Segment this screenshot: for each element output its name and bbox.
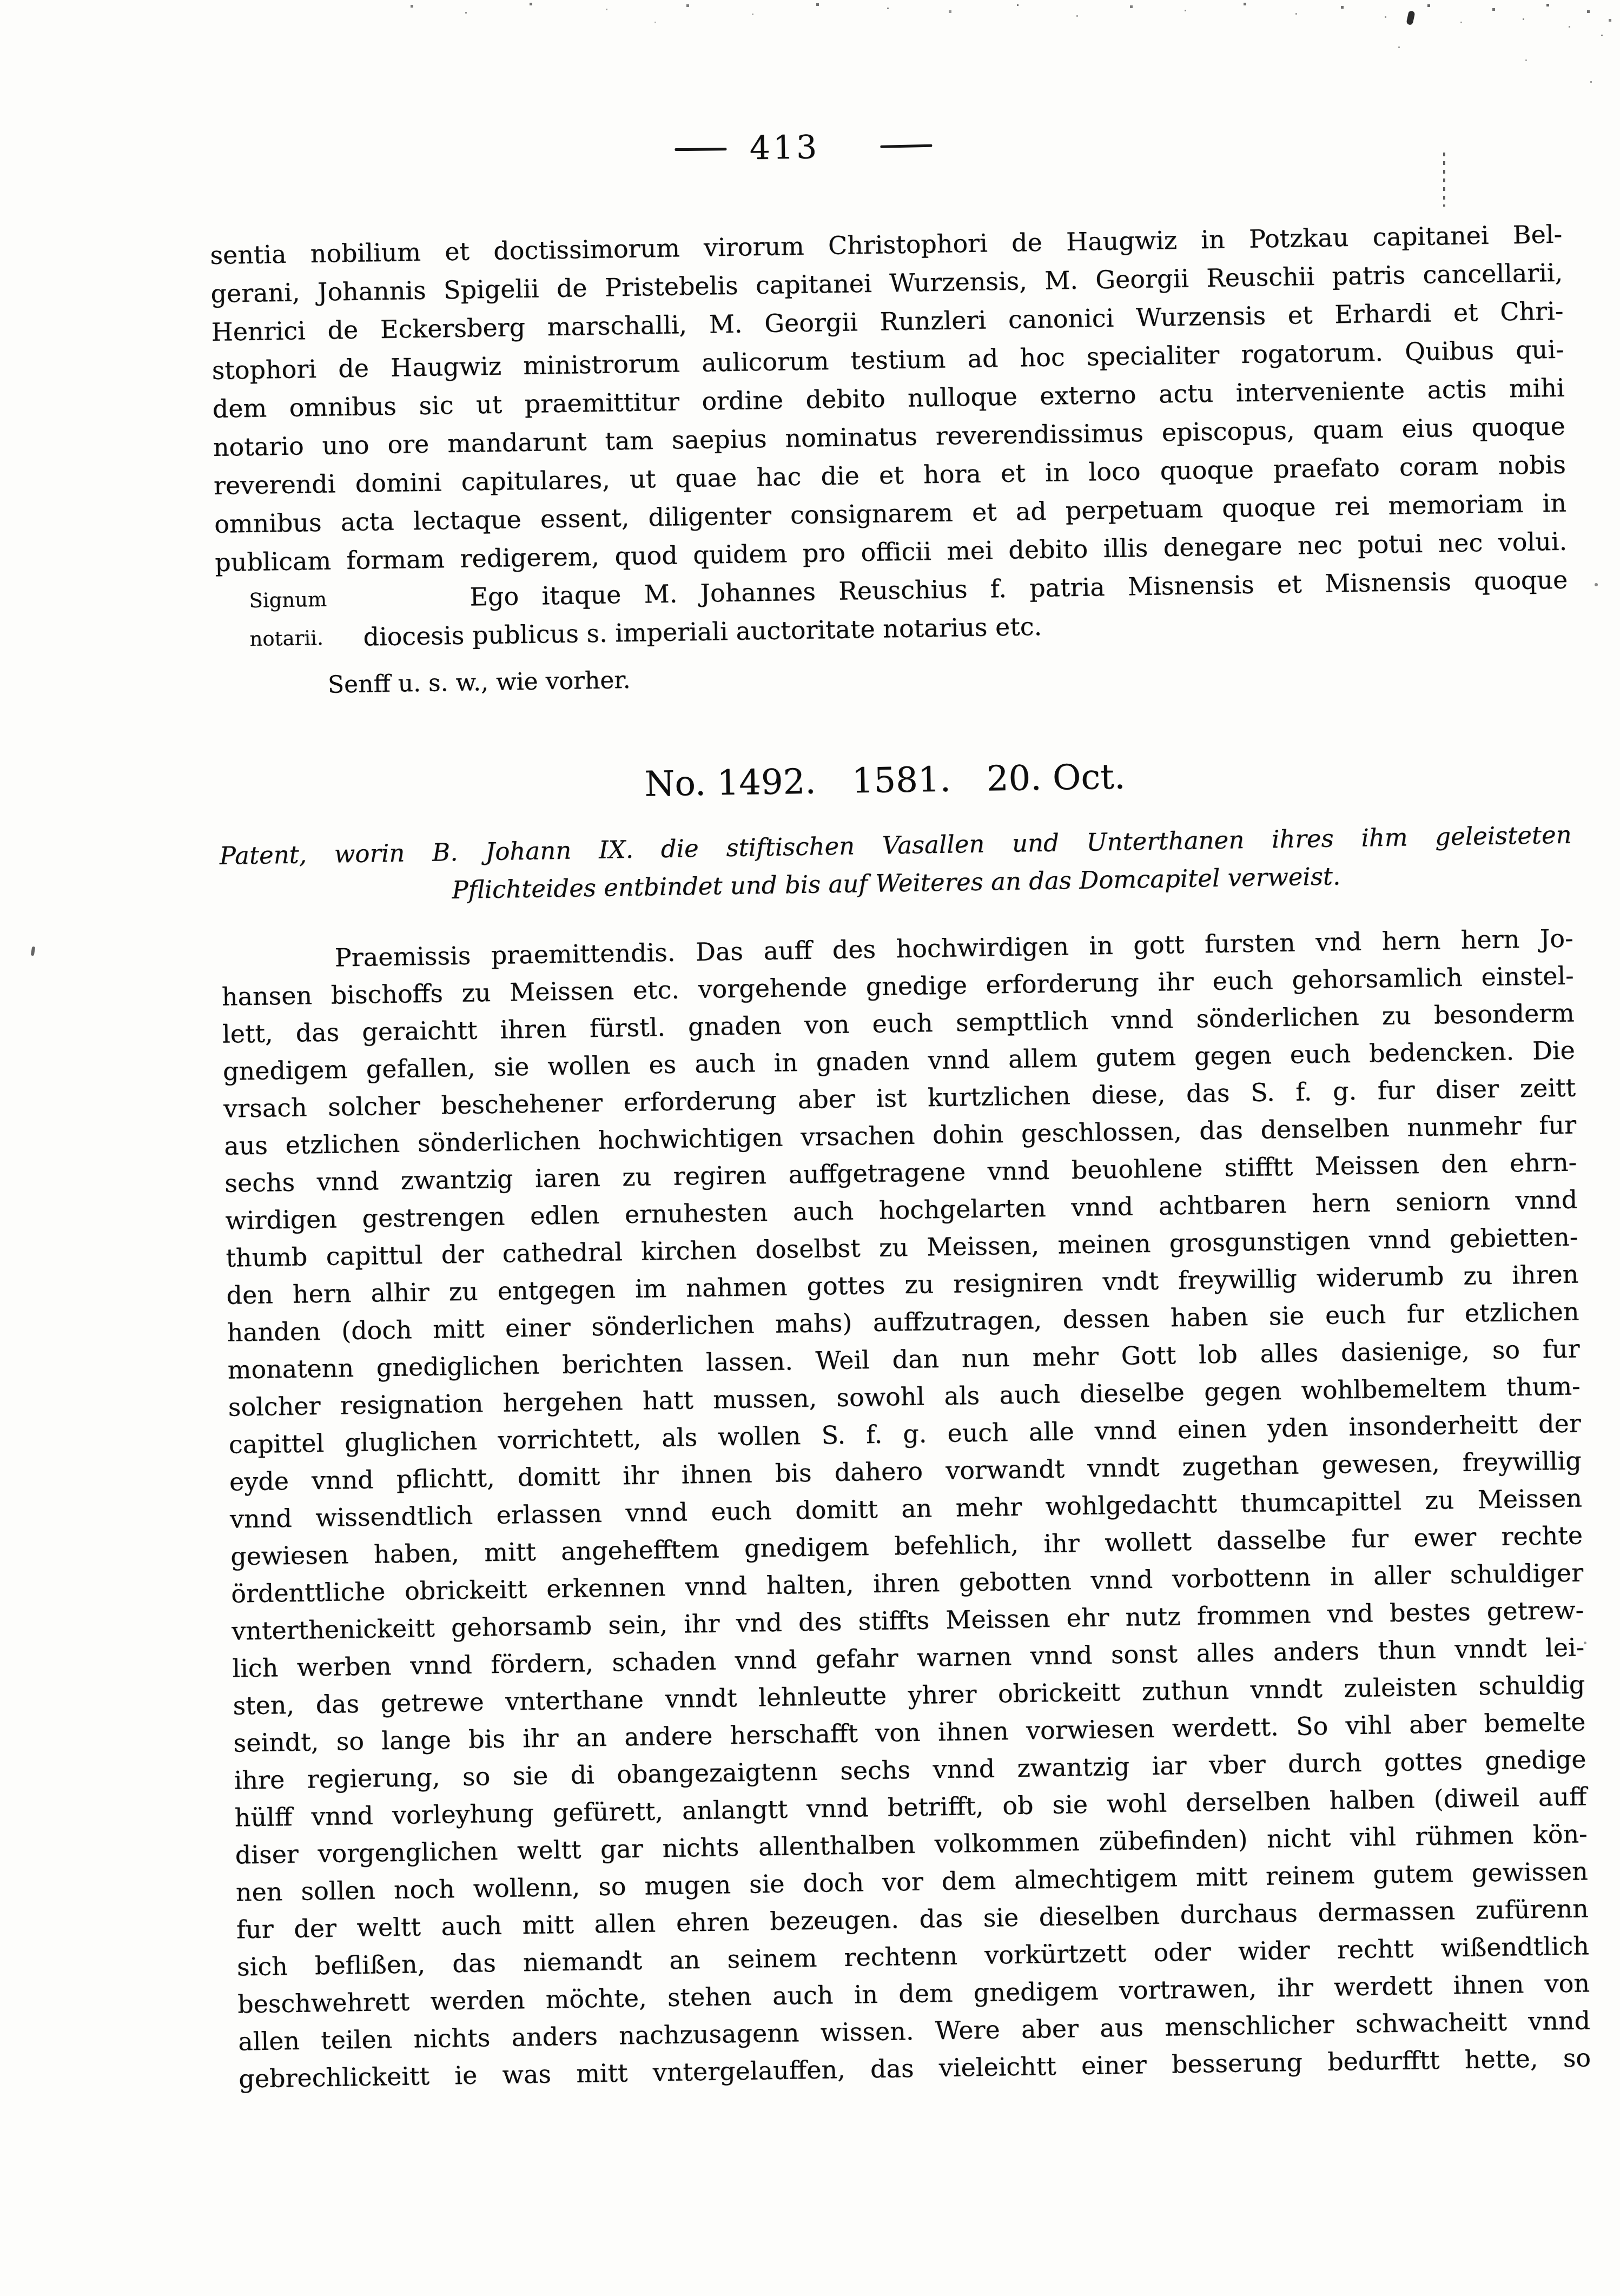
- header-left-rule: [675, 148, 727, 151]
- margin-note-line: Signum: [249, 580, 363, 620]
- patent-body: Praemissis praemittendis. Das auff des h…: [221, 920, 1591, 2098]
- scan-artifact: [31, 947, 36, 956]
- entry-date: 20. Oct.: [986, 756, 1126, 800]
- signum-notarii-margin-note: Signum notarii.: [215, 580, 363, 659]
- entry-summary: Patent, worin B. Johann IX. die stiftisc…: [219, 816, 1572, 913]
- entry-year: 1581.: [851, 759, 951, 803]
- page-number: 413: [749, 128, 820, 167]
- scan-artifact: [1595, 583, 1598, 586]
- document-page: 413 sentia nobilium et doctissimorum vir…: [0, 0, 1620, 2296]
- entry-heading: No. 1492. 1581. 20. Oct.: [208, 749, 1561, 812]
- latin-entry-continuation: sentia nobilium et doctissimorum virorum…: [210, 215, 1569, 701]
- page-content: 413 sentia nobilium et doctissimorum vir…: [208, 117, 1591, 2098]
- patent-entry: No. 1492. 1581. 20. Oct. Patent, worin B…: [218, 749, 1591, 2098]
- header-right-rule: [880, 144, 932, 148]
- page-header: 413: [127, 118, 1480, 177]
- entry-number: No. 1492.: [644, 761, 816, 806]
- scan-artifact-speckles: [0, 0, 2, 2]
- scan-artifact: [1406, 10, 1415, 25]
- senff-reference-note: Senff u. s. w., wie vorher.: [328, 652, 1570, 699]
- margin-note-line: notarii.: [249, 618, 363, 658]
- latin-paragraph: sentia nobilium et doctissimorum virorum…: [210, 215, 1568, 582]
